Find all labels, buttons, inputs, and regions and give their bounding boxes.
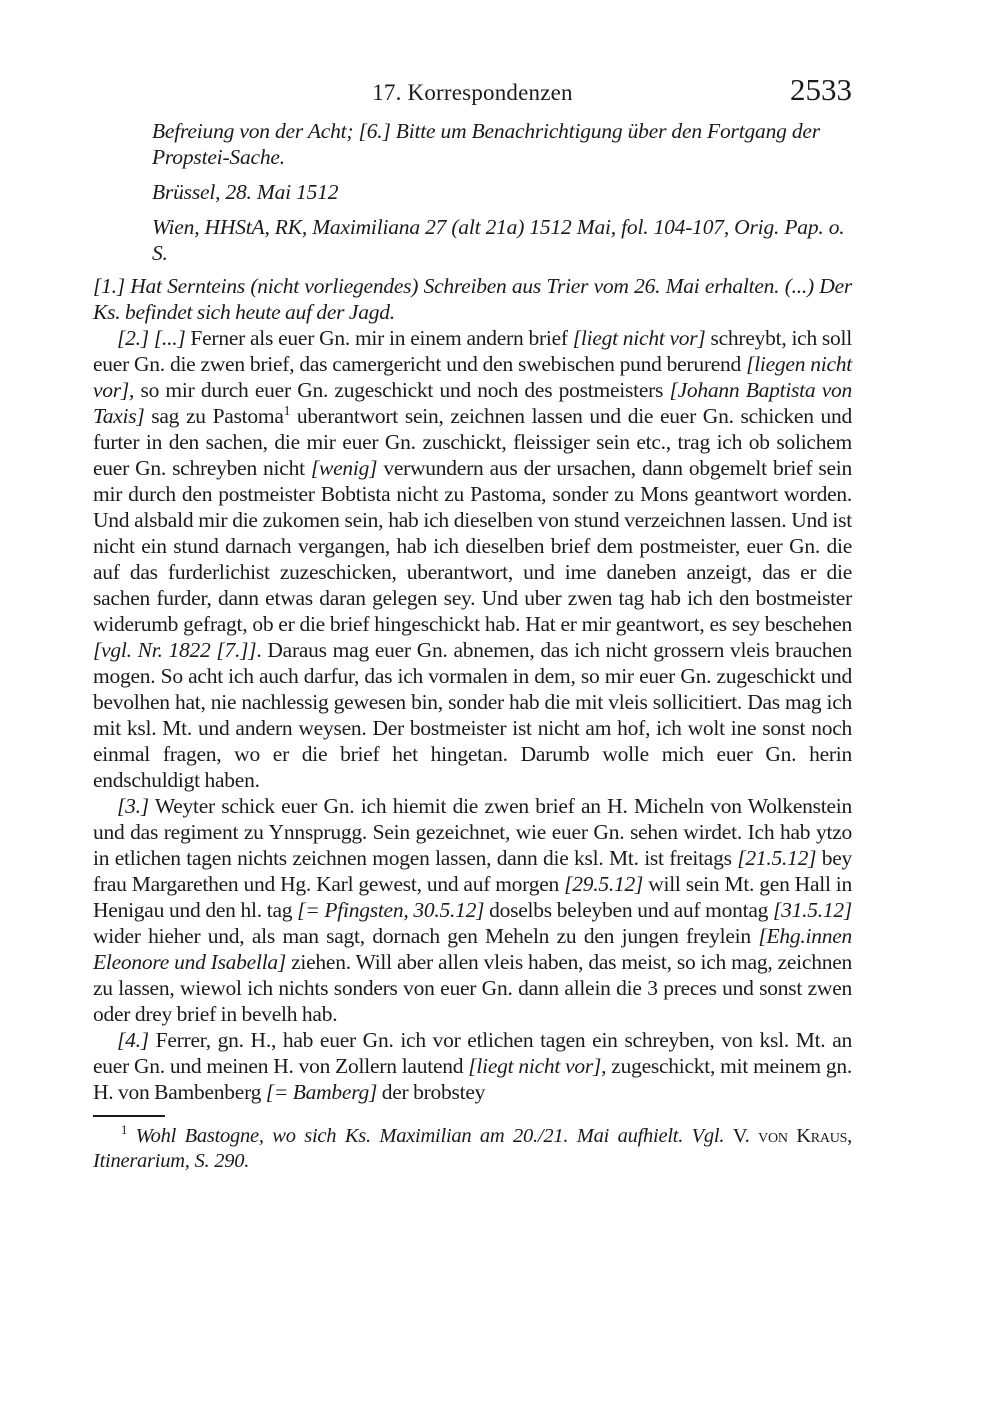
- text-run: [wenig]: [311, 456, 377, 480]
- footnote-section: 1 Wohl Bastogne, wo sich Ks. Maximilian …: [93, 1115, 852, 1174]
- text-run: sag zu Pastoma: [144, 404, 283, 428]
- text-run: [31.5.12]: [773, 898, 852, 922]
- page-number: 2533: [790, 72, 852, 108]
- text-run: [liegt nicht vor]: [468, 1054, 601, 1078]
- summary-regest: Befreiung von der Acht; [6.] Bitte um Be…: [152, 118, 852, 170]
- text-run: der brobstey: [377, 1080, 485, 1104]
- footnote-separator: [93, 1115, 165, 1117]
- text-run: Itinerarium, S. 290.: [93, 1150, 249, 1172]
- text-run: Ferner als euer Gn. mir in einem andern …: [185, 326, 572, 350]
- text-run: Befreiung von der Acht; [6.] Bitte um Be…: [152, 119, 820, 169]
- summary-archive-reference: Wien, HHStA, RK, Maximiliana 27 (alt 21a…: [152, 214, 852, 266]
- section-title: 17. Korrespondenzen: [93, 80, 852, 106]
- text-run: Wien, HHStA, RK, Maximiliana 27 (alt 21a…: [152, 215, 844, 265]
- page-header: 17. Korrespondenzen 2533: [93, 76, 852, 116]
- text-run: , so mir durch euer Gn. zugeschickt und …: [129, 378, 669, 402]
- text-run: [4.]: [117, 1028, 149, 1052]
- text-run: [1.] Hat Sernteins (nicht vorliegendes) …: [93, 274, 852, 324]
- letter-body: [1.] Hat Sernteins (nicht vorliegendes) …: [93, 273, 852, 1105]
- text-run: wider hieher und, als man sagt, dornach …: [93, 924, 758, 948]
- text-run: [29.5.12]: [564, 872, 643, 896]
- text-run: [liegt nicht vor]: [573, 326, 706, 350]
- summary-dateline: Brüssel, 28. Mai 1512: [152, 179, 852, 205]
- text-run: Brüssel, 28. Mai 1512: [152, 180, 338, 204]
- text-run: [3.]: [117, 794, 149, 818]
- text-run: [= Bamberg]: [266, 1080, 377, 1104]
- text-run: doselbs beleyben und auf montag: [484, 898, 773, 922]
- text-run: Wohl Bastogne, wo sich Ks. Maximilian am…: [127, 1125, 733, 1147]
- paragraph-4: [4.] Ferrer, gn. H., hab euer Gn. ich vo…: [93, 1027, 852, 1105]
- text-run: [21.5.12]: [737, 846, 816, 870]
- footnote-1: 1 Wohl Bastogne, wo sich Ks. Maximilian …: [93, 1124, 852, 1174]
- text-run: verwundern aus der ursachen, dann obgeme…: [93, 456, 852, 636]
- footnote: 1 Wohl Bastogne, wo sich Ks. Maximilian …: [93, 1124, 852, 1174]
- letter-summary: Befreiung von der Acht; [6.] Bitte um Be…: [152, 118, 852, 275]
- text-run: [= Pfingsten, 30.5.12]: [297, 898, 484, 922]
- text-run: [vgl. Nr. 1822 [7.]]: [93, 638, 256, 662]
- page-content: [1.] Hat Sernteins (nicht vorliegendes) …: [93, 273, 852, 1174]
- text-run: ,: [847, 1125, 852, 1147]
- paragraph-3: [3.] Weyter schick euer Gn. ich hiemit d…: [93, 793, 852, 1027]
- text-run: V. von Kraus: [733, 1125, 847, 1147]
- text-run: [2.] [...]: [117, 326, 185, 350]
- paragraph-1: [1.] Hat Sernteins (nicht vorliegendes) …: [93, 273, 852, 325]
- paragraph-2: [2.] [...] Ferner als euer Gn. mir in ei…: [93, 325, 852, 793]
- book-page: 17. Korrespondenzen 2533 Befreiung von d…: [0, 0, 1004, 1418]
